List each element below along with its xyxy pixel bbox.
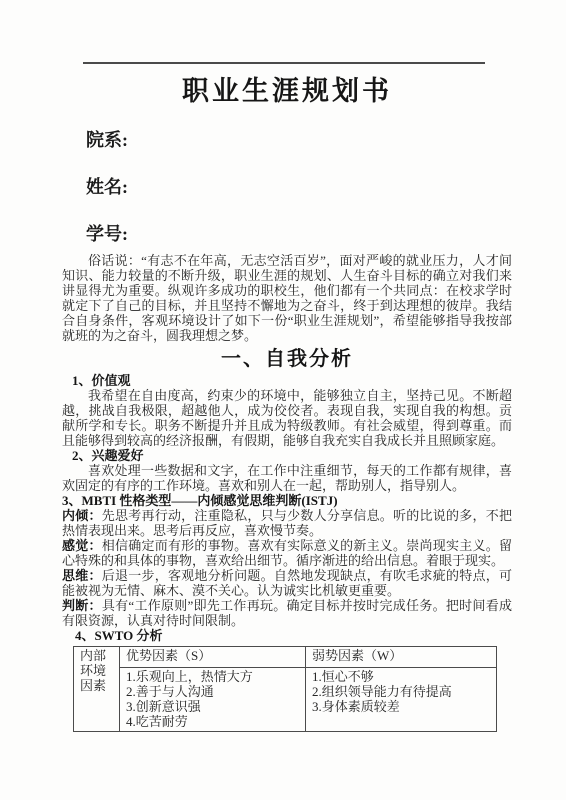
strength-item-4: 4.吃苦耐劳 xyxy=(126,714,299,729)
subsection-heading-mbti: 3、MBTI 性格类型——内倾感觉思维判断(ISTJ) xyxy=(62,493,512,508)
subsection-heading-interests: 2、兴趣爱好 xyxy=(62,448,512,463)
trait-sensing-label: 感觉： xyxy=(62,538,102,553)
field-name-label: 姓名: xyxy=(86,177,512,197)
trait-thinking-label: 思维： xyxy=(62,568,102,583)
strength-item-1: 1.乐观向上，热情大方 xyxy=(126,669,299,684)
field-department-label: 院系: xyxy=(86,130,512,150)
swot-header-row: 内部环境因素 优势因素（S） 弱势因素（W） xyxy=(74,647,497,668)
field-student-id-label: 学号: xyxy=(86,224,512,244)
trait-introversion-label: 内倾： xyxy=(62,508,102,523)
trait-thinking: 思维：后退一步，客观地分析问题。自然地发现缺点，有吹毛求疵的特点，可能被视为无情… xyxy=(62,568,512,598)
swot-body-row: 1.乐观向上，热情大方 2.善于与人沟通 3.创新意识强 4.吃苦耐劳 1.恒心… xyxy=(74,668,497,732)
document-content: 职业生涯规划书 院系: 姓名: 学号: 俗话说：“有志不在年高，无志空活百岁”，… xyxy=(62,0,512,732)
interests-paragraph: 喜欢处理一些数据和文字，在工作中注重细节，每天的工作都有规律，喜欢固定的有序的工… xyxy=(62,463,512,493)
strength-item-3: 3.创新意识强 xyxy=(126,699,299,714)
cover-fields: 院系: 姓名: 学号: xyxy=(86,130,512,244)
swot-row-header-cell: 内部环境因素 xyxy=(74,647,120,732)
trait-judging-text: 具有“工作原则”即先工作再玩。确定目标并按时完成任务。把时间看成有限资源，认真对… xyxy=(62,598,512,628)
trait-sensing: 感觉：相信确定而有形的事物。喜欢有实际意义的新主义。崇尚现实主义。留心特殊的和具… xyxy=(62,538,512,568)
document-page: 职业生涯规划书 院系: 姓名: 学号: 俗话说：“有志不在年高，无志空活百岁”，… xyxy=(0,0,566,800)
trait-sensing-text: 相信确定而有形的事物。喜欢有实际意义的新主义。崇尚现实主义。留心特殊的和具体的事… xyxy=(62,538,512,568)
weakness-item-1: 1.恒心不够 xyxy=(312,669,490,684)
strength-item-2: 2.善于与人沟通 xyxy=(126,684,299,699)
weakness-item-2: 2.组织领导能力有待提高 xyxy=(312,684,490,699)
swot-strengths-cell: 1.乐观向上，热情大方 2.善于与人沟通 3.创新意识强 4.吃苦耐劳 xyxy=(120,668,306,732)
intro-paragraph: 俗话说：“有志不在年高，无志空活百岁”，面对严峻的就业压力，人才间知识、能力较量… xyxy=(62,253,512,343)
trait-introversion-text: 先思考再行动，注重隐私，只与少数人分享信息。听的比说的多，不把热情表现出来。思考… xyxy=(62,508,512,538)
document-title: 职业生涯规划书 xyxy=(62,76,512,106)
subsection-heading-values: 1、价值观 xyxy=(62,373,512,388)
values-paragraph: 我希望在自由度高，约束少的环境中，能够独立自主，坚持己见。不断超越，挑战自我极限… xyxy=(62,388,512,448)
trait-judging-label: 判断： xyxy=(62,598,102,613)
swot-strengths-header: 优势因素（S） xyxy=(120,647,306,668)
swot-weaknesses-header: 弱势因素（W） xyxy=(306,647,497,668)
swot-table: 内部环境因素 优势因素（S） 弱势因素（W） 1.乐观向上，热情大方 2.善于与… xyxy=(73,646,497,732)
trait-thinking-text: 后退一步，客观地分析问题。自然地发现缺点，有吹毛求疵的特点，可能被视为无情、麻木… xyxy=(62,568,512,598)
subsection-heading-swot: 4、SWTO 分析 xyxy=(62,628,512,643)
swot-weaknesses-cell: 1.恒心不够 2.组织领导能力有待提高 3.身体素质较差 xyxy=(306,668,497,732)
trait-introversion: 内倾：先思考再行动，注重隐私，只与少数人分享信息。听的比说的多，不把热情表现出来… xyxy=(62,508,512,538)
section-heading-self-analysis: 一、自我分析 xyxy=(62,348,512,370)
trait-judging: 判断：具有“工作原则”即先工作再玩。确定目标并按时完成任务。把时间看成有限资源，… xyxy=(62,598,512,628)
weakness-item-3: 3.身体素质较差 xyxy=(312,699,490,714)
